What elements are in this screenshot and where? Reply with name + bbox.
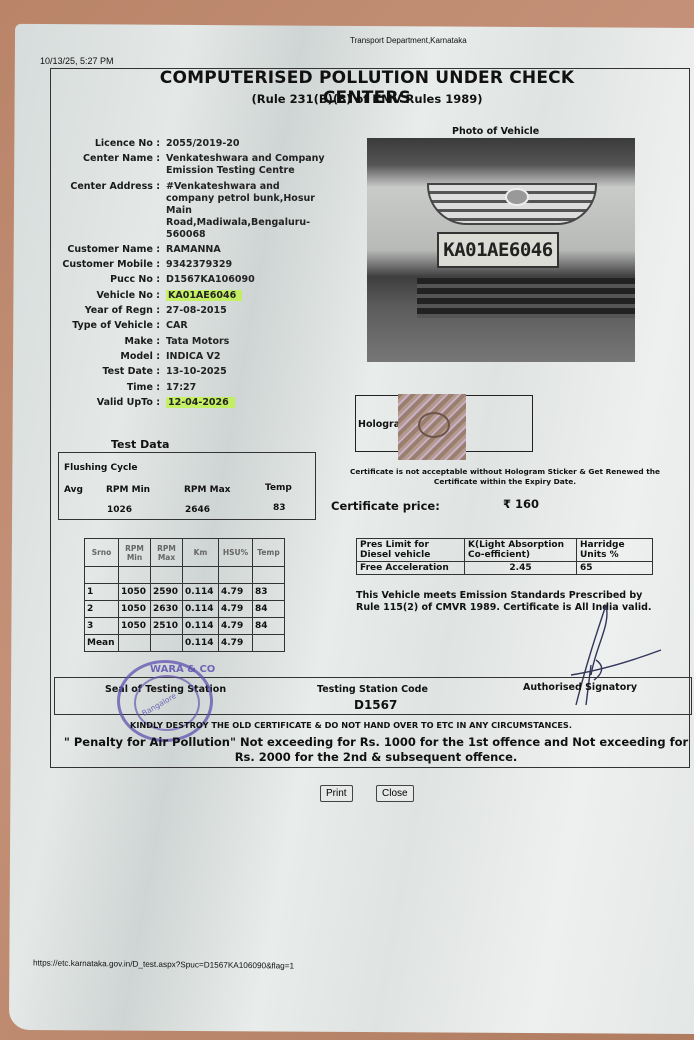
table-header: Temp	[253, 539, 285, 567]
print-button[interactable]: Print	[320, 785, 353, 802]
table-cell: 1	[85, 584, 119, 601]
table-cell: 3	[85, 618, 119, 635]
table-cell	[183, 567, 219, 584]
hologram-note: Certificate is not acceptable without Ho…	[334, 467, 676, 487]
detail-row: Test Date :13-10-2025	[60, 366, 330, 378]
station-code-label: Testing Station Code	[317, 684, 428, 695]
detail-row: Valid UpTo :12-04-2026	[60, 397, 330, 409]
detail-label: Licence No :	[60, 138, 166, 150]
table-cell	[151, 567, 183, 584]
detail-value: D1567KA106090	[166, 274, 330, 286]
table-cell	[151, 635, 183, 652]
table-cell	[119, 635, 151, 652]
flushing-rpm-min: 1026	[107, 505, 132, 515]
table-cell: 4.79	[219, 618, 253, 635]
detail-value-text: D1567KA106090	[166, 274, 255, 285]
limits-header-k: K(Light Absorption Co-efficient)	[465, 539, 577, 562]
price-label: Certificate price:	[331, 499, 440, 513]
detail-label: Pucc No :	[60, 274, 166, 286]
price-value: ₹ 160	[503, 497, 539, 511]
table-cell	[253, 567, 285, 584]
detail-value-text: 27-08-2015	[166, 305, 227, 316]
detail-label: Vehicle No :	[60, 290, 166, 302]
detail-value-text: 2055/2019-20	[166, 138, 240, 149]
car-lower-grille	[417, 278, 635, 318]
table-cell: 4.79	[219, 635, 253, 652]
detail-row: Make :Tata Motors	[60, 336, 330, 348]
photo-label: Photo of Vehicle	[452, 126, 539, 137]
detail-value-text: 9342379329	[166, 259, 232, 270]
detail-value: 9342379329	[166, 259, 330, 271]
table-cell: 84	[253, 601, 285, 618]
test-readings-table: SrnoRPM MinRPM MaxKmHSU%Temp 1105025900.…	[84, 538, 285, 652]
table-cell	[253, 635, 285, 652]
detail-value-text: 17:27	[166, 382, 196, 393]
department-header: Transport Department,Karnataka	[350, 36, 467, 45]
close-button[interactable]: Close	[376, 785, 414, 802]
detail-label: Center Name :	[60, 153, 166, 177]
table-cell: 0.114	[183, 584, 219, 601]
limits-row-label: Free Acceleration	[357, 562, 465, 575]
page-subtitle: (Rule 231(B)(8) of KMV Rules 1989)	[132, 92, 602, 106]
table-cell: 1050	[119, 584, 151, 601]
table-cell: 2590	[151, 584, 183, 601]
detail-value-text: RAMANNA	[166, 244, 221, 255]
detail-value: 17:27	[166, 382, 330, 394]
detail-row: Model :INDICA V2	[60, 351, 330, 363]
table-cell: 4.79	[219, 601, 253, 618]
table-cell: 0.114	[183, 618, 219, 635]
detail-value-text: #Venkateshwara and company petrol bunk,H…	[166, 181, 315, 240]
detail-row: Center Name :Venkateshwara and Company E…	[60, 153, 330, 177]
flushing-temp: 83	[273, 503, 286, 513]
detail-value-text: 13-10-2025	[166, 366, 227, 377]
table-row: 2105026300.1144.7984	[85, 601, 285, 618]
table-header: Srno	[85, 539, 119, 567]
detail-row: Customer Name :RAMANNA	[60, 244, 330, 256]
detail-row: Vehicle No :KA01AE6046	[60, 290, 330, 302]
table-header: Km	[183, 539, 219, 567]
detail-value: RAMANNA	[166, 244, 330, 256]
table-cell: 1050	[119, 618, 151, 635]
table-cell: 2	[85, 601, 119, 618]
destroy-warning: KINDLY DESTROY THE OLD CERTIFICATE & DO …	[130, 720, 572, 730]
vehicle-photo: KA01AE6046	[367, 138, 635, 362]
detail-value-text: 12-04-2026	[166, 397, 235, 408]
detail-row: Pucc No :D1567KA106090	[60, 274, 330, 286]
detail-value: 2055/2019-20	[166, 138, 330, 150]
detail-row: Center Address :#Venkateshwara and compa…	[60, 181, 330, 241]
detail-value: 27-08-2015	[166, 305, 330, 317]
table-header: RPM Max	[151, 539, 183, 567]
limits-harridge-value: 65	[577, 562, 653, 575]
table-cell: 2510	[151, 618, 183, 635]
detail-label: Test Date :	[60, 366, 166, 378]
table-cell: 1050	[119, 601, 151, 618]
flushing-cycle-box: Flushing Cycle Avg RPM Min RPM Max Temp …	[58, 452, 316, 520]
limits-k-value: 2.45	[465, 562, 577, 575]
car-logo-icon	[505, 188, 529, 206]
table-row	[85, 567, 285, 584]
flushing-title: Flushing Cycle	[64, 463, 137, 473]
detail-label: Customer Mobile :	[60, 259, 166, 271]
detail-label: Year of Regn :	[60, 305, 166, 317]
detail-value-text: Tata Motors	[166, 336, 229, 347]
flushing-rpm-max: 2646	[185, 505, 210, 515]
table-header: HSU%	[219, 539, 253, 567]
detail-label: Valid UpTo :	[60, 397, 166, 409]
penalty-notice: " Penalty for Air Pollution" Not exceedi…	[56, 735, 694, 765]
limits-header-harridge: Harridge Units %	[577, 539, 653, 562]
vehicle-details: Licence No :2055/2019-20Center Name :Ven…	[60, 138, 330, 412]
detail-value-text: CAR	[166, 320, 188, 331]
table-cell	[219, 567, 253, 584]
table-cell: 84	[253, 618, 285, 635]
table-cell: 2630	[151, 601, 183, 618]
license-plate: KA01AE6046	[437, 232, 559, 268]
detail-value: CAR	[166, 320, 330, 332]
detail-label: Customer Name :	[60, 244, 166, 256]
detail-row: Time :17:27	[60, 382, 330, 394]
detail-value-text: INDICA V2	[166, 351, 221, 362]
detail-row: Customer Mobile :9342379329	[60, 259, 330, 271]
limits-header-vehicle: Pres Limit for Diesel vehicle	[357, 539, 465, 562]
station-code-value: D1567	[354, 698, 397, 712]
detail-value: 12-04-2026	[166, 397, 330, 409]
seal-stamp-text: WARA & CO	[150, 664, 215, 675]
detail-value-text: Venkateshwara and Company Emission Testi…	[166, 153, 325, 176]
detail-label: Type of Vehicle :	[60, 320, 166, 332]
detail-label: Model :	[60, 351, 166, 363]
hologram-sticker-icon	[398, 394, 466, 460]
signatory-label: Authorised Signatory	[523, 682, 637, 693]
test-data-title: Test Data	[111, 438, 169, 451]
diesel-limits-table: Pres Limit for Diesel vehicle K(Light Ab…	[356, 538, 653, 575]
detail-label: Time :	[60, 382, 166, 394]
table-row: Mean0.1144.79	[85, 635, 285, 652]
flushing-header-rpm-min: RPM Min	[106, 485, 150, 495]
detail-row: Licence No :2055/2019-20	[60, 138, 330, 150]
detail-value: KA01AE6046	[166, 290, 330, 302]
table-cell: 83	[253, 584, 285, 601]
table-cell: 0.114	[183, 635, 219, 652]
table-cell: 0.114	[183, 601, 219, 618]
detail-value: #Venkateshwara and company petrol bunk,H…	[166, 181, 330, 241]
table-row: 1105025900.1144.7983	[85, 584, 285, 601]
detail-value: INDICA V2	[166, 351, 330, 363]
detail-value: Tata Motors	[166, 336, 330, 348]
flushing-avg-label: Avg	[64, 485, 83, 495]
flushing-header-temp: Temp	[265, 483, 292, 493]
table-cell	[119, 567, 151, 584]
detail-row: Year of Regn :27-08-2015	[60, 305, 330, 317]
print-datetime: 10/13/25, 5:27 PM	[40, 56, 114, 66]
table-row: 3105025100.1144.7984	[85, 618, 285, 635]
detail-value: Venkateshwara and Company Emission Testi…	[166, 153, 330, 177]
hologram-label: Hologra	[358, 419, 400, 430]
detail-value: 13-10-2025	[166, 366, 330, 378]
detail-label: Center Address :	[60, 181, 166, 241]
table-cell: Mean	[85, 635, 119, 652]
detail-label: Make :	[60, 336, 166, 348]
detail-value-text: KA01AE6046	[166, 290, 242, 301]
table-cell	[85, 567, 119, 584]
detail-row: Type of Vehicle :CAR	[60, 320, 330, 332]
flushing-header-rpm-max: RPM Max	[184, 485, 230, 495]
table-cell: 4.79	[219, 584, 253, 601]
table-header: RPM Min	[119, 539, 151, 567]
